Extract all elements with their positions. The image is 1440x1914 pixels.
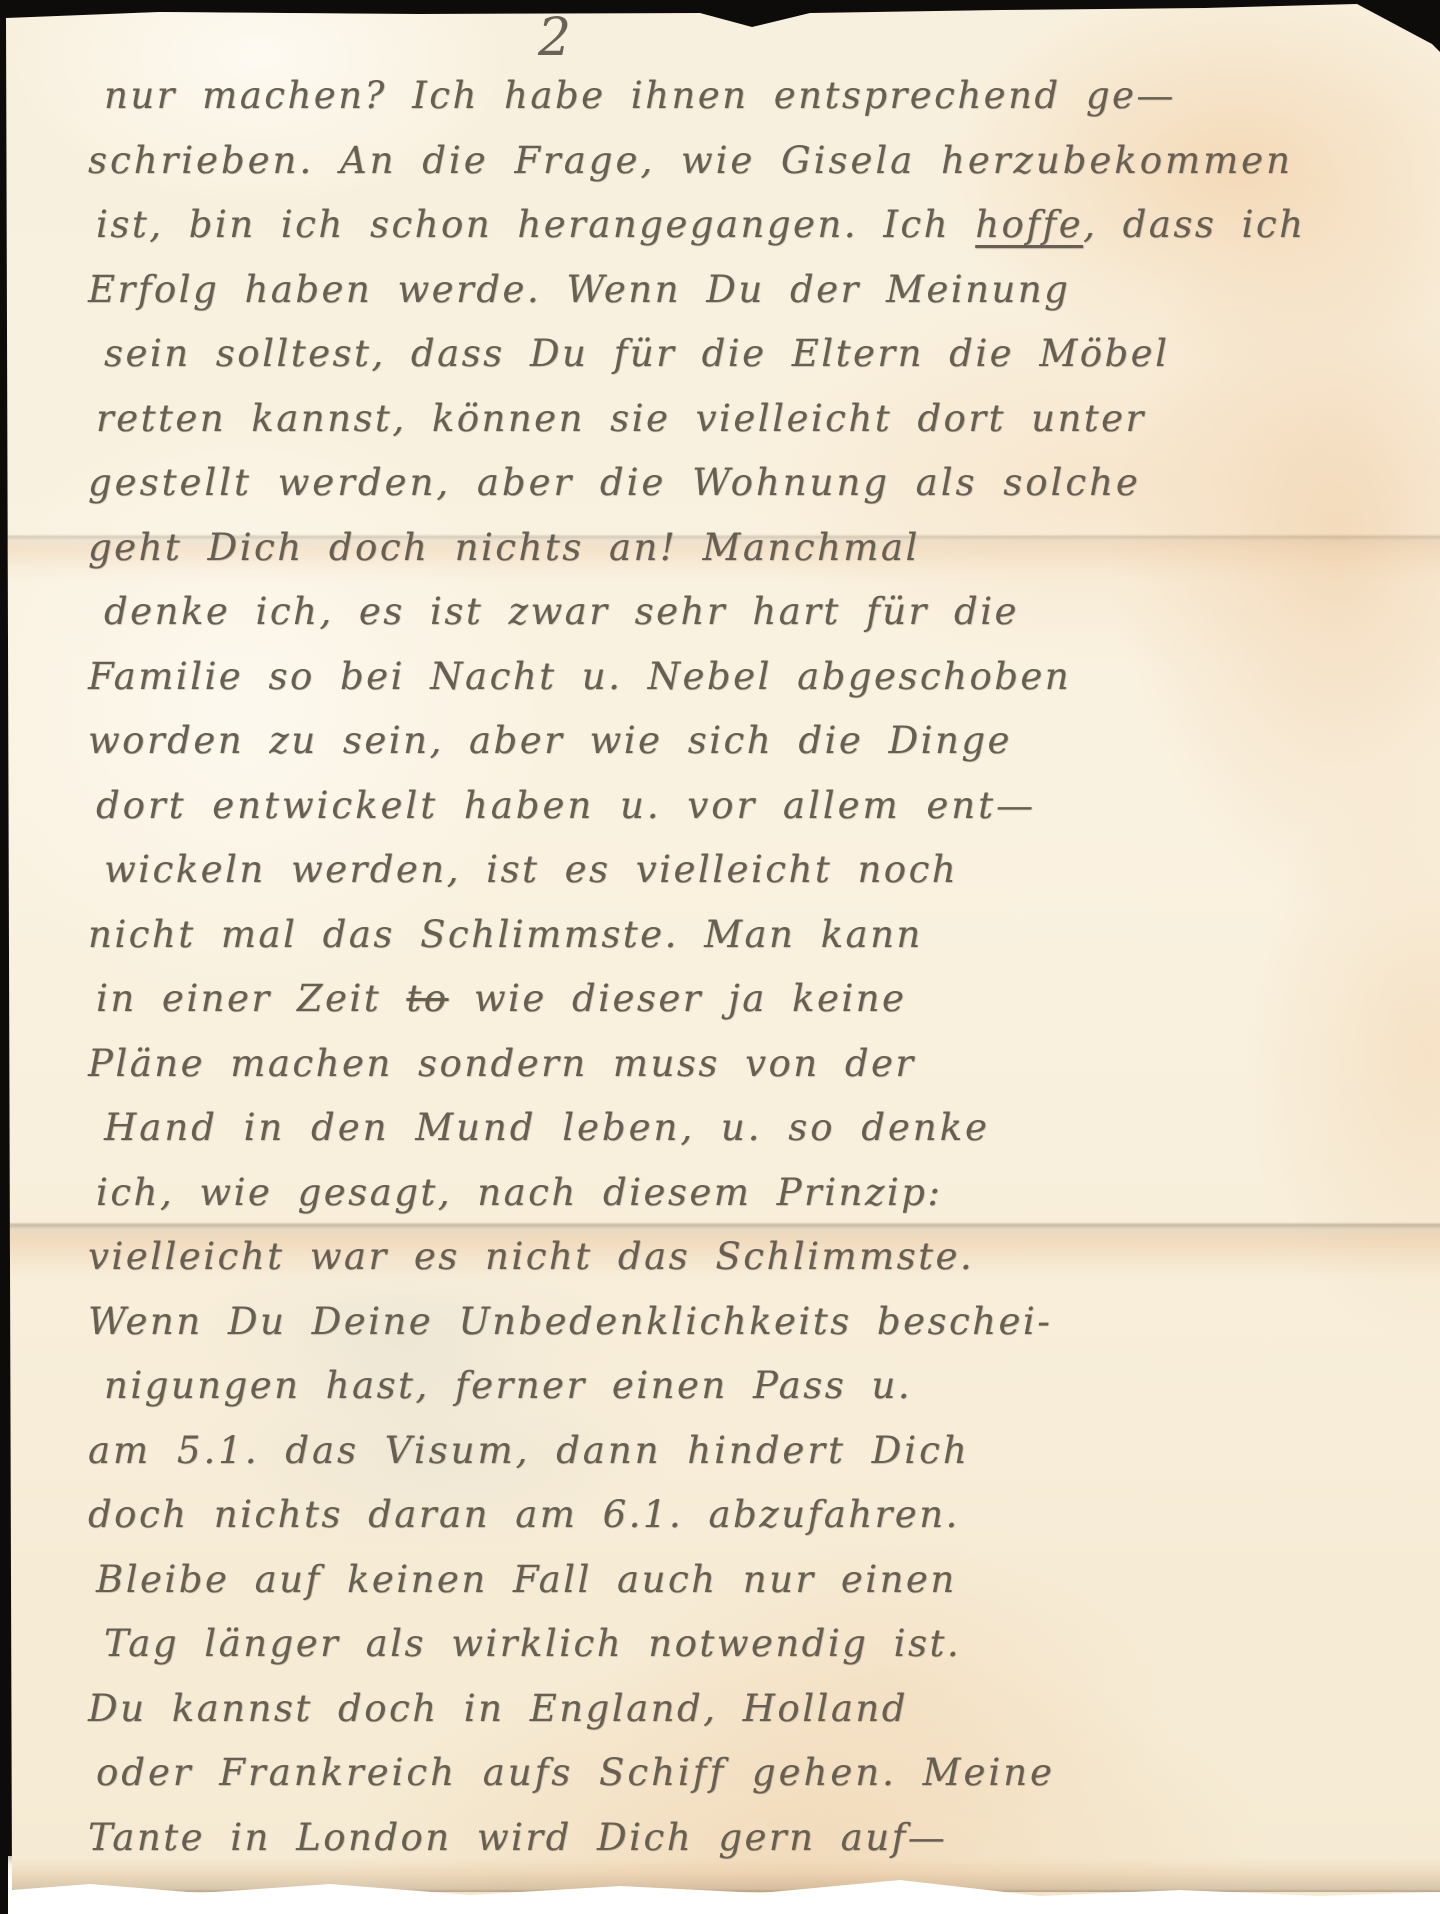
handwriting-segment: schrieben. An die Frage, wie Gisela herz…	[88, 139, 1293, 182]
handwriting-segment: oder Frankreich aufs Schiff gehen. Meine	[96, 1751, 1055, 1794]
handwritten-line: in einer Zeit to wie dieser ja keine	[96, 967, 1426, 1032]
handwriting-segment: wie dieser ja keine	[449, 977, 907, 1020]
handwritten-line: Bleibe auf keinen Fall auch nur einen	[96, 1548, 1426, 1613]
handwriting-segment: geht Dich doch nichts an! Manchmal	[88, 526, 920, 569]
handwritten-line: am 5.1. das Visum, dann hindert Dich	[88, 1419, 1426, 1484]
handwriting-segment: retten kannst, können sie vielleicht dor…	[96, 397, 1146, 440]
handwritten-line: nicht mal das Schlimmste. Man kann	[88, 903, 1426, 968]
handwriting-segment: Bleibe auf keinen Fall auch nur einen	[96, 1558, 957, 1601]
handwritten-line: wickeln werden, ist es vielleicht noch	[104, 838, 1426, 903]
handwritten-line: schrieben. An die Frage, wie Gisela herz…	[88, 129, 1426, 194]
handwritten-line: Tag länger als wirklich notwendig ist.	[104, 1612, 1426, 1677]
handwritten-line: dort entwickelt haben u. vor allem ent—	[96, 774, 1426, 839]
letter-body: nur machen? Ich habe ihnen entsprechend …	[88, 64, 1426, 1870]
handwritten-line: oder Frankreich aufs Schiff gehen. Meine	[96, 1741, 1426, 1806]
handwriting-segment: sein solltest, dass Du für die Eltern di…	[104, 332, 1169, 375]
handwritten-line: Tante in London wird Dich gern auf—	[88, 1806, 1426, 1871]
handwritten-line: Du kannst doch in England, Holland	[88, 1677, 1426, 1742]
handwritten-line: Erfolg haben werde. Wenn Du der Meinung	[88, 258, 1426, 323]
handwriting-segment: Tag länger als wirklich notwendig ist.	[104, 1622, 961, 1665]
handwriting-segment: Hand in den Mund leben, u. so denke	[104, 1106, 990, 1149]
handwriting-segment: to	[406, 977, 448, 1020]
handwritten-line: nigungen hast, ferner einen Pass u.	[104, 1354, 1426, 1419]
handwriting-segment: doch nichts daran am 6.1. abzufahren.	[88, 1493, 960, 1536]
handwriting-segment: Familie so bei Nacht u. Nebel abgeschobe…	[88, 655, 1071, 698]
handwriting-segment: ich, wie gesagt, nach diesem Prinzip:	[96, 1171, 942, 1214]
handwriting-segment: Wenn Du Deine Unbedenklichkeits beschei-	[88, 1300, 1052, 1343]
handwriting-segment: nicht mal das Schlimmste. Man kann	[88, 913, 923, 956]
handwritten-line: Pläne machen sondern muss von der	[88, 1032, 1426, 1097]
handwriting-segment: denke ich, es ist zwar sehr hart für die	[104, 590, 1019, 633]
handwritten-line: Wenn Du Deine Unbedenklichkeits beschei-	[88, 1290, 1426, 1355]
handwritten-line: doch nichts daran am 6.1. abzufahren.	[88, 1483, 1426, 1548]
handwritten-line: Hand in den Mund leben, u. so denke	[104, 1096, 1426, 1161]
handwritten-line: vielleicht war es nicht das Schlimmste.	[88, 1225, 1426, 1290]
page-number: 2	[538, 8, 573, 68]
handwritten-line: geht Dich doch nichts an! Manchmal	[88, 516, 1426, 581]
handwriting-segment: worden zu sein, aber wie sich die Dinge	[88, 719, 1012, 762]
handwriting-segment: ist, bin ich schon herangegangen. Ich	[96, 203, 975, 246]
handwriting-segment: Erfolg haben werde. Wenn Du der Meinung	[88, 268, 1070, 311]
letter-paper: 2 nur machen? Ich habe ihnen entsprechen…	[0, 0, 1440, 1914]
handwriting-segment: , dass ich	[1083, 203, 1305, 246]
handwriting-segment: Du kannst doch in England, Holland	[88, 1687, 908, 1730]
handwritten-line: nur machen? Ich habe ihnen entsprechend …	[104, 64, 1426, 129]
handwritten-line: worden zu sein, aber wie sich die Dinge	[88, 709, 1426, 774]
handwritten-line: ich, wie gesagt, nach diesem Prinzip:	[96, 1161, 1426, 1226]
handwritten-line: ist, bin ich schon herangegangen. Ich ho…	[96, 193, 1426, 258]
handwriting-segment: Pläne machen sondern muss von der	[88, 1042, 916, 1085]
handwriting-segment: Tante in London wird Dich gern auf—	[88, 1816, 947, 1859]
handwriting-segment: gestellt werden, aber die Wohnung als so…	[88, 461, 1141, 504]
handwriting-segment: dort entwickelt haben u. vor allem ent—	[96, 784, 1036, 827]
handwriting-segment: wickeln werden, ist es vielleicht noch	[104, 848, 958, 891]
handwriting-segment: nigungen hast, ferner einen Pass u.	[104, 1364, 912, 1407]
handwriting-segment: hoffe	[975, 203, 1083, 246]
handwriting-segment: am 5.1. das Visum, dann hindert Dich	[88, 1429, 970, 1472]
handwriting-segment: in einer Zeit	[96, 977, 406, 1020]
handwritten-line: gestellt werden, aber die Wohnung als so…	[88, 451, 1426, 516]
handwritten-line: Familie so bei Nacht u. Nebel abgeschobe…	[88, 645, 1426, 710]
handwritten-line: denke ich, es ist zwar sehr hart für die	[104, 580, 1426, 645]
handwriting-segment: vielleicht war es nicht das Schlimmste.	[88, 1235, 974, 1278]
handwritten-line: retten kannst, können sie vielleicht dor…	[96, 387, 1426, 452]
handwritten-line: sein solltest, dass Du für die Eltern di…	[104, 322, 1426, 387]
handwriting-segment: nur machen? Ich habe ihnen entsprechend …	[104, 74, 1176, 117]
